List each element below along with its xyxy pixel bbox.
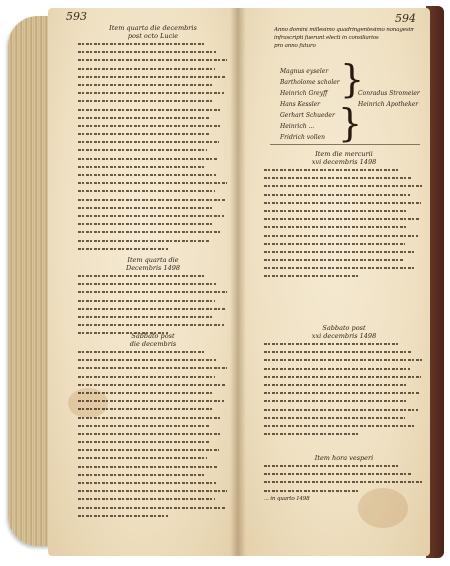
section-heading: Item die mercurii	[264, 150, 424, 158]
handwritten-line	[78, 114, 210, 122]
handwritten-line	[264, 174, 411, 182]
handwritten-line	[264, 264, 414, 272]
handwritten-line	[78, 48, 216, 56]
handwritten-line	[78, 479, 216, 487]
handwritten-line	[264, 470, 411, 478]
left-section-2: Item quarta die Decembris 1498	[78, 256, 228, 338]
handwritten-line	[78, 348, 206, 356]
handwritten-line	[78, 89, 224, 97]
handwritten-line	[78, 65, 215, 73]
handwritten-line	[78, 40, 206, 48]
section-heading: Sabbato post	[78, 332, 228, 340]
handwritten-line	[264, 348, 411, 356]
handwritten-line	[78, 405, 212, 413]
handwritten-line	[264, 240, 405, 248]
handwritten-line	[78, 313, 213, 321]
handwritten-line	[264, 340, 400, 348]
text-line: pro anno futuro	[274, 42, 414, 50]
handwritten-line	[264, 166, 400, 174]
right-intro: Anno domini millesimo quadringentesimo n…	[274, 26, 414, 51]
folio-number-left: 593	[66, 10, 87, 23]
handwritten-line	[264, 223, 406, 231]
right-section-2: Sabbato post xxi decembris 1498	[264, 324, 424, 438]
handwritten-line	[264, 207, 408, 215]
handwritten-line	[78, 495, 215, 503]
section-heading: Sabbato post	[264, 324, 424, 332]
folio-number-right: 594	[395, 12, 416, 25]
handwritten-line	[78, 280, 216, 288]
book-gutter	[230, 8, 246, 556]
handwritten-line	[264, 414, 405, 422]
handwritten-line	[78, 130, 209, 138]
handwritten-line	[78, 389, 213, 397]
handwritten-line	[264, 215, 419, 223]
section-heading: xxi decembris 1498	[264, 332, 424, 340]
handwritten-line	[78, 512, 168, 520]
handwritten-line	[78, 122, 221, 130]
handwritten-line	[78, 288, 227, 296]
name-entry: Conradus Stromeier	[358, 88, 428, 99]
section-heading: Decembris 1498	[78, 264, 228, 272]
name-entry: Heinrich Apotheker	[358, 99, 428, 110]
handwritten-line	[264, 191, 410, 199]
left-section-3: Sabbato post die decembris	[78, 332, 228, 520]
handwritten-line	[78, 245, 168, 253]
handwritten-line	[264, 381, 408, 389]
handwritten-line	[78, 146, 207, 154]
text-line: infrascripti fuerunt electi in consiliar…	[274, 34, 414, 42]
handwritten-line	[78, 73, 225, 81]
handwritten-line	[78, 487, 227, 495]
handwritten-text-block	[78, 272, 228, 338]
handwritten-line	[78, 228, 222, 236]
handwritten-text-block	[264, 340, 424, 438]
section-heading: Item hora vesperi	[264, 454, 424, 462]
text-line: ... in quarto 1498	[264, 495, 424, 503]
handwritten-line	[78, 155, 218, 163]
left-section-1: Item quarta die decembris post octo Luci…	[78, 24, 228, 253]
handwritten-line	[78, 220, 212, 228]
section-heading: die decembris	[78, 340, 228, 348]
handwritten-line	[78, 204, 213, 212]
handwritten-line	[264, 462, 400, 470]
handwritten-line	[264, 365, 410, 373]
handwritten-line	[264, 356, 422, 364]
section-heading: Item quarta die	[78, 256, 228, 264]
handwritten-line	[78, 97, 212, 105]
handwritten-line	[264, 232, 418, 240]
handwritten-line	[264, 199, 421, 207]
section-heading: Item quarta die decembris	[78, 24, 228, 32]
divider-line	[270, 144, 420, 145]
handwritten-line	[78, 414, 222, 422]
handwritten-line	[264, 272, 360, 280]
handwritten-line	[264, 248, 416, 256]
open-manuscript-book: 593 594 Item quarta die decembris post o…	[8, 4, 444, 560]
handwritten-line	[264, 478, 422, 486]
handwritten-line	[78, 504, 225, 512]
handwritten-line	[78, 321, 224, 329]
handwritten-line	[78, 81, 213, 89]
handwritten-line	[78, 438, 209, 446]
handwritten-line	[78, 381, 225, 389]
handwritten-line	[78, 397, 224, 405]
handwritten-text-block	[264, 166, 424, 281]
handwritten-line	[264, 406, 418, 414]
handwritten-line	[78, 373, 215, 381]
handwritten-text-block	[78, 348, 228, 520]
handwritten-line	[264, 422, 416, 430]
handwritten-line	[78, 471, 206, 479]
right-section-1: Item die mercurii xvi decembris 1498	[264, 150, 424, 281]
handwritten-line	[78, 138, 219, 146]
council-names-right: Conradus Stromeier Heinrich Apotheker	[358, 88, 428, 110]
handwritten-line	[78, 364, 227, 372]
handwritten-line	[264, 373, 421, 381]
handwritten-line	[78, 56, 227, 64]
handwritten-line	[264, 397, 406, 405]
handwritten-text-block	[78, 40, 228, 253]
handwritten-line	[264, 430, 360, 438]
handwritten-line	[78, 106, 222, 114]
handwritten-line	[78, 446, 219, 454]
handwritten-line	[78, 356, 216, 364]
handwritten-line	[78, 163, 206, 171]
handwritten-line	[78, 454, 207, 462]
handwritten-line	[78, 430, 221, 438]
right-section-3: Item hora vesperi ... in quarto 1498	[264, 454, 424, 503]
handwritten-line	[264, 389, 419, 397]
handwritten-line	[264, 182, 422, 190]
handwritten-line	[78, 305, 225, 313]
handwritten-line	[78, 196, 225, 204]
handwritten-line	[78, 212, 224, 220]
handwritten-line	[78, 171, 216, 179]
handwritten-text-block	[264, 462, 424, 495]
handwritten-line	[78, 422, 210, 430]
section-heading: post octo Lucie	[78, 32, 228, 40]
handwritten-line	[78, 179, 227, 187]
handwritten-line	[78, 237, 210, 245]
handwritten-line	[78, 297, 215, 305]
handwritten-line	[78, 187, 215, 195]
handwritten-line	[264, 487, 360, 495]
handwritten-line	[78, 463, 218, 471]
handwritten-line	[78, 272, 206, 280]
handwritten-line	[264, 256, 403, 264]
text-line: Anno domini millesimo quadringentesimo n…	[274, 26, 414, 34]
section-heading: xvi decembris 1498	[264, 158, 424, 166]
